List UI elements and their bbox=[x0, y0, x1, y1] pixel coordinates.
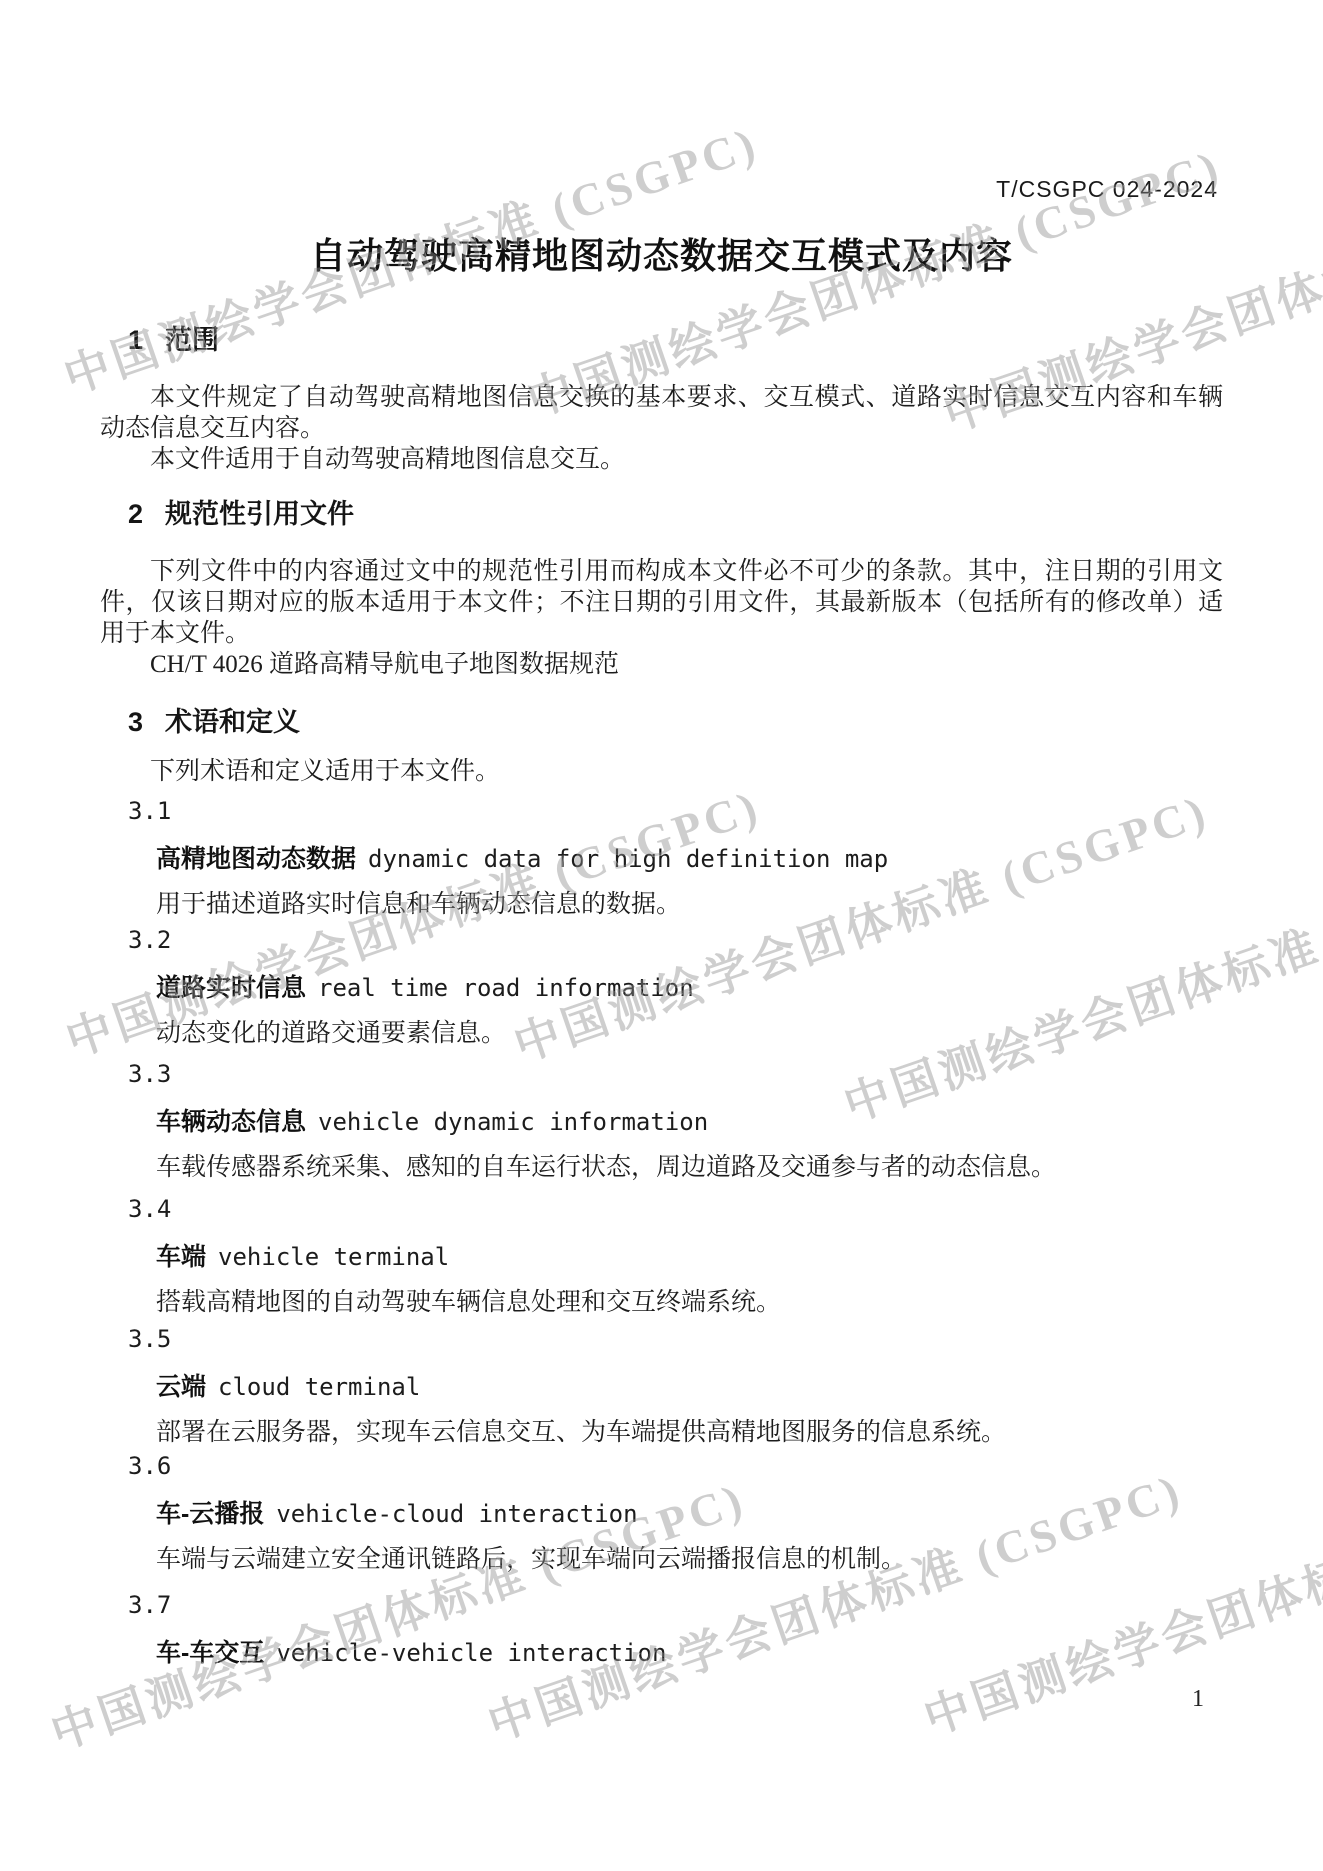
section-heading-scope: 1范围 bbox=[128, 318, 219, 357]
section-scope-body: 本文件规定了自动驾驶高精地图信息交换的基本要求、交互模式、道路实时信息交互内容和… bbox=[100, 382, 1223, 475]
term-line: 车辆动态信息vehicle dynamic information bbox=[156, 1102, 1223, 1138]
term-zh: 车辆动态信息 bbox=[156, 1108, 306, 1136]
term-zh: 高精地图动态数据 bbox=[156, 845, 356, 873]
section-heading-label: 规范性引用文件 bbox=[165, 499, 354, 529]
paragraph: 本文件规定了自动驾驶高精地图信息交换的基本要求、交互模式、道路实时信息交互内容和… bbox=[100, 382, 1223, 444]
term-number: 3.3 bbox=[128, 1060, 1223, 1088]
reference-entry: CH/T 4026 道路高精导航电子地图数据规范 bbox=[100, 649, 1223, 680]
term-block-3-2: 3.2 道路实时信息real time road information 动态变… bbox=[100, 926, 1223, 1049]
term-definition: 用于描述道路实时信息和车辆动态信息的数据。 bbox=[156, 889, 1223, 920]
section-heading-label: 术语和定义 bbox=[165, 707, 300, 737]
page-title: 自动驾驶高精地图动态数据交互模式及内容 bbox=[100, 228, 1223, 279]
doc-number: T/CSGPC 024-2024 bbox=[996, 176, 1218, 203]
term-number: 3.4 bbox=[128, 1195, 1223, 1223]
document-page: 中国测绘学会团体标准 (CSGPC) 中国测绘学会团体标准 (CSGPC) 中国… bbox=[0, 0, 1323, 1871]
term-line: 车端vehicle terminal bbox=[156, 1237, 1223, 1273]
section-number: 3 bbox=[128, 707, 143, 738]
term-zh: 车-云播报 bbox=[156, 1500, 264, 1528]
term-block-3-1: 3.1 高精地图动态数据dynamic data for high defini… bbox=[100, 797, 1223, 920]
terms-intro: 下列术语和定义适用于本文件。 bbox=[100, 756, 1223, 787]
paragraph: 下列文件中的内容通过文中的规范性引用而构成本文件必不可少的条款。其中，注日期的引… bbox=[100, 556, 1223, 649]
term-block-3-5: 3.5 云端cloud terminal 部署在云服务器，实现车云信息交互、为车… bbox=[100, 1325, 1223, 1448]
section-number: 1 bbox=[128, 325, 143, 356]
term-line: 高精地图动态数据dynamic data for high definition… bbox=[156, 839, 1223, 875]
term-en: cloud terminal bbox=[218, 1373, 420, 1401]
term-zh: 云端 bbox=[156, 1373, 206, 1401]
term-line: 车-车交互vehicle-vehicle interaction bbox=[156, 1633, 1223, 1669]
term-zh: 车端 bbox=[156, 1243, 206, 1271]
term-number: 3.1 bbox=[128, 797, 1223, 825]
term-definition: 动态变化的道路交通要素信息。 bbox=[156, 1018, 1223, 1049]
section-heading-label: 范围 bbox=[165, 325, 219, 355]
term-en: dynamic data for high definition map bbox=[368, 845, 888, 873]
term-number: 3.5 bbox=[128, 1325, 1223, 1353]
term-zh: 道路实时信息 bbox=[156, 974, 306, 1002]
term-en: real time road information bbox=[318, 974, 694, 1002]
term-block-3-6: 3.6 车-云播报vehicle-cloud interaction 车端与云端… bbox=[100, 1452, 1223, 1575]
document-content: T/CSGPC 024-2024 自动驾驶高精地图动态数据交互模式及内容 1范围… bbox=[0, 0, 1323, 1871]
section-number: 2 bbox=[128, 499, 143, 530]
term-definition: 搭载高精地图的自动驾驶车辆信息处理和交互终端系统。 bbox=[156, 1287, 1223, 1318]
term-number: 3.2 bbox=[128, 926, 1223, 954]
term-definition: 部署在云服务器，实现车云信息交互、为车端提供高精地图服务的信息系统。 bbox=[156, 1417, 1223, 1448]
section-references-body: 下列文件中的内容通过文中的规范性引用而构成本文件必不可少的条款。其中，注日期的引… bbox=[100, 556, 1223, 680]
term-zh: 车-车交互 bbox=[156, 1639, 264, 1667]
term-line: 云端cloud terminal bbox=[156, 1367, 1223, 1403]
paragraph: 本文件适用于自动驾驶高精地图信息交互。 bbox=[100, 444, 1223, 475]
term-en: vehicle terminal bbox=[218, 1243, 449, 1271]
term-definition: 车载传感器系统采集、感知的自车运行状态，周边道路及交通参与者的动态信息。 bbox=[156, 1152, 1223, 1183]
term-line: 车-云播报vehicle-cloud interaction bbox=[156, 1494, 1223, 1530]
term-line: 道路实时信息real time road information bbox=[156, 968, 1223, 1004]
term-block-3-3: 3.3 车辆动态信息vehicle dynamic information 车载… bbox=[100, 1060, 1223, 1183]
term-en: vehicle dynamic information bbox=[318, 1108, 708, 1136]
section-heading-terms: 3术语和定义 bbox=[128, 700, 300, 739]
term-number: 3.7 bbox=[128, 1591, 1223, 1619]
term-block-3-7: 3.7 车-车交互vehicle-vehicle interaction bbox=[100, 1591, 1223, 1683]
term-block-3-4: 3.4 车端vehicle terminal 搭载高精地图的自动驾驶车辆信息处理… bbox=[100, 1195, 1223, 1318]
term-number: 3.6 bbox=[128, 1452, 1223, 1480]
term-definition: 车端与云端建立安全通讯链路后，实现车端向云端播报信息的机制。 bbox=[156, 1544, 1223, 1575]
paragraph: 下列术语和定义适用于本文件。 bbox=[100, 756, 1223, 787]
term-en: vehicle-vehicle interaction bbox=[276, 1639, 666, 1667]
section-heading-references: 2规范性引用文件 bbox=[128, 492, 354, 531]
page-number: 1 bbox=[1192, 1686, 1204, 1713]
term-en: vehicle-cloud interaction bbox=[276, 1500, 637, 1528]
